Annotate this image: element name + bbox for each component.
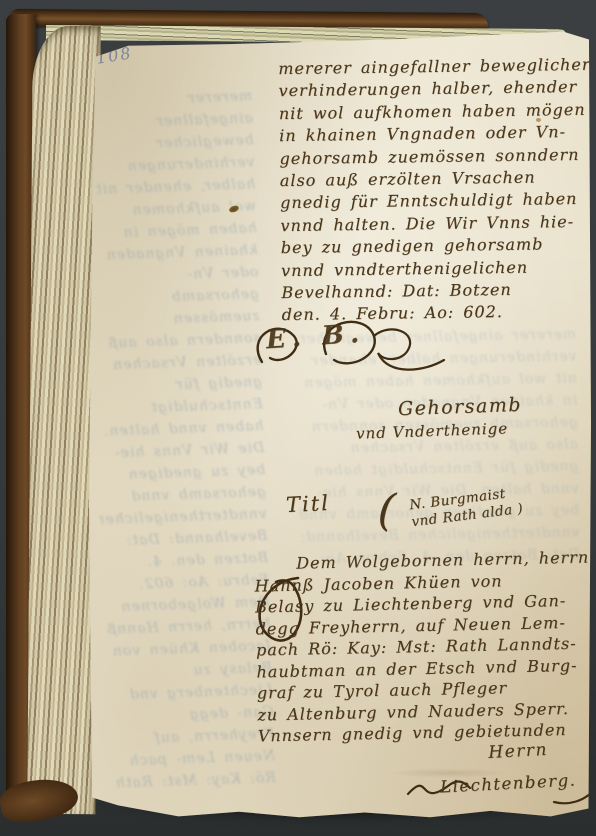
- manuscript-page: mererer aingefallner beweglicher verhind…: [88, 30, 591, 818]
- verso-bleedthrough-left: mererer aingefallner beweglicher verhind…: [84, 85, 276, 790]
- address-signoff: Herrn: [388, 740, 549, 768]
- body-paragraph: mererer aingefallner beweglicher verhind…: [278, 54, 587, 327]
- manuscript-line: bey zu gnedigen gehorsamb: [281, 233, 586, 260]
- archival-book-photo: mererer aingefallner beweglicher verhind…: [0, 0, 596, 836]
- docket-title-label: Titl: [285, 491, 330, 517]
- docket-open-paren: (: [376, 484, 397, 536]
- closing-word: Gehorsamb: [398, 394, 523, 420]
- page-edges-left-stack: [27, 26, 100, 814]
- manuscript-line: gehorsamb zuemössen sonndern: [279, 144, 584, 171]
- address-paragraph: Dem Wolgebornen herrn, herrn Hannß Jacob…: [254, 547, 593, 747]
- docket-close-paren: ): [516, 501, 524, 518]
